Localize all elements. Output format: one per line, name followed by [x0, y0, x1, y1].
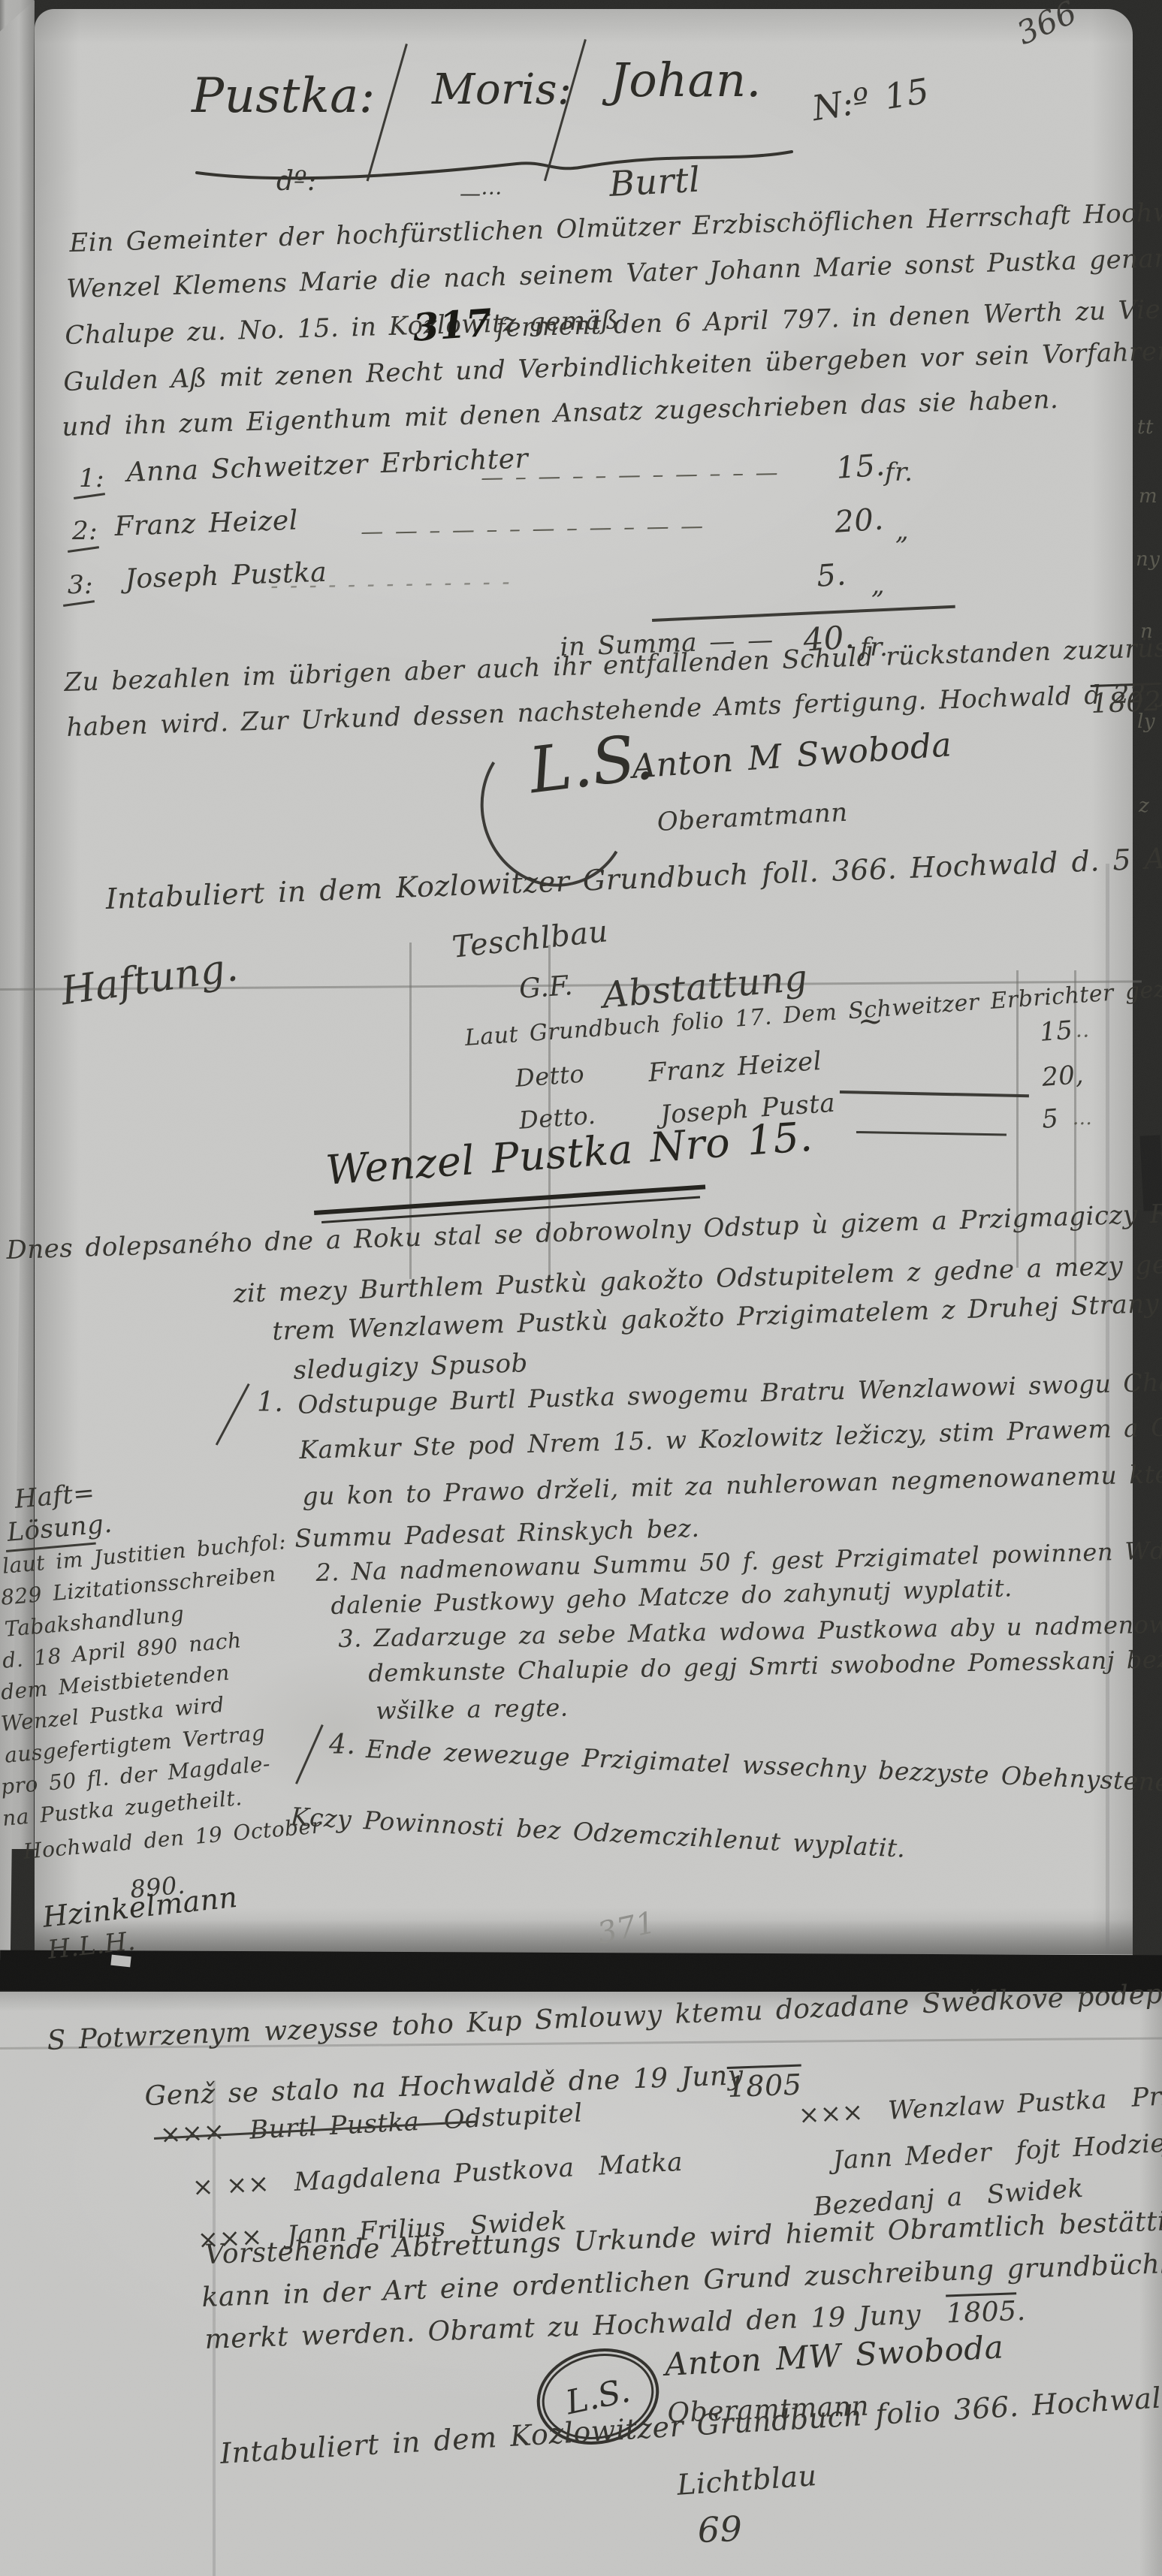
witness-marks: ××× [798, 2097, 865, 2130]
ledger-row-tail: ·· [1076, 1026, 1090, 1047]
edge-fragment: m [1139, 487, 1157, 506]
page-bottom-shadow [35, 1920, 1133, 1954]
ledger-row-amount: 5 [1041, 1106, 1059, 1132]
claim-marker: 3: [68, 572, 93, 598]
inserted-number: 317 [412, 304, 493, 347]
ledger-row-ref: Detto [515, 1062, 585, 1090]
edge-fragment: tt [1137, 418, 1154, 437]
period: . [1016, 2296, 1026, 2327]
header-sub-name: Burtl [608, 162, 701, 201]
clause-marker: 4. [329, 1732, 355, 1759]
edge-fragment: n [1140, 622, 1153, 641]
claim-dashes: — – — – – — – — – – — [481, 462, 778, 490]
header-sub-dots: —··· [460, 183, 503, 204]
year-overlined: 1805 [727, 2065, 802, 2104]
margin-heading: Haft= [14, 1480, 96, 1513]
header-title-part1: Pustka: [192, 72, 376, 120]
claim-amount: 5. [816, 560, 847, 592]
claim-amount: 15. [835, 450, 886, 483]
claim-name: Franz Heizel [114, 507, 298, 541]
ledger-row-amount: 15 [1039, 1018, 1074, 1045]
header-sub-ditto: dº: [276, 168, 317, 195]
ledger-row-amount: 20, [1041, 1062, 1085, 1090]
ledger-center-initials: G.F. [518, 973, 574, 1003]
claim-amount: 20. [834, 504, 885, 537]
claim-unit: „ [871, 572, 885, 598]
header-title-part3: Johan. [610, 57, 762, 104]
edge-fragment: ly [1137, 712, 1155, 731]
ledger-row-tail: ··· [1073, 1115, 1092, 1134]
claim-unit: „ [895, 518, 909, 544]
claim-dashes: — — – — – – — – — – — — [361, 515, 704, 544]
witness-marks: × ×× [192, 2169, 270, 2203]
place-date-year: 1805 [727, 2071, 802, 2101]
claim-marker: 1: [79, 466, 104, 491]
edge-fragment: z [1139, 796, 1149, 816]
edge-fragment: ny [1136, 550, 1160, 569]
clause-marker: 1. [257, 1389, 283, 1416]
claim-marker: 2: [72, 518, 98, 544]
contract-line: sledugizy Spusob [293, 1350, 528, 1383]
bottom-code: 69 [697, 2511, 743, 2547]
contract-line: wšilke a regte. [376, 1696, 569, 1723]
header-title-part2: Moris: [432, 69, 572, 111]
year-overlined: 1805 [946, 2292, 1017, 2329]
archival-scan: 366 Pustka: Moris: Johan. N:º 15 dº: —··… [0, 0, 1162, 2576]
signer-role: Matka [598, 2147, 684, 2182]
claim-unit: fr. [885, 460, 913, 485]
claim-dashes: - - - - - - - - - - - - - [270, 571, 510, 598]
